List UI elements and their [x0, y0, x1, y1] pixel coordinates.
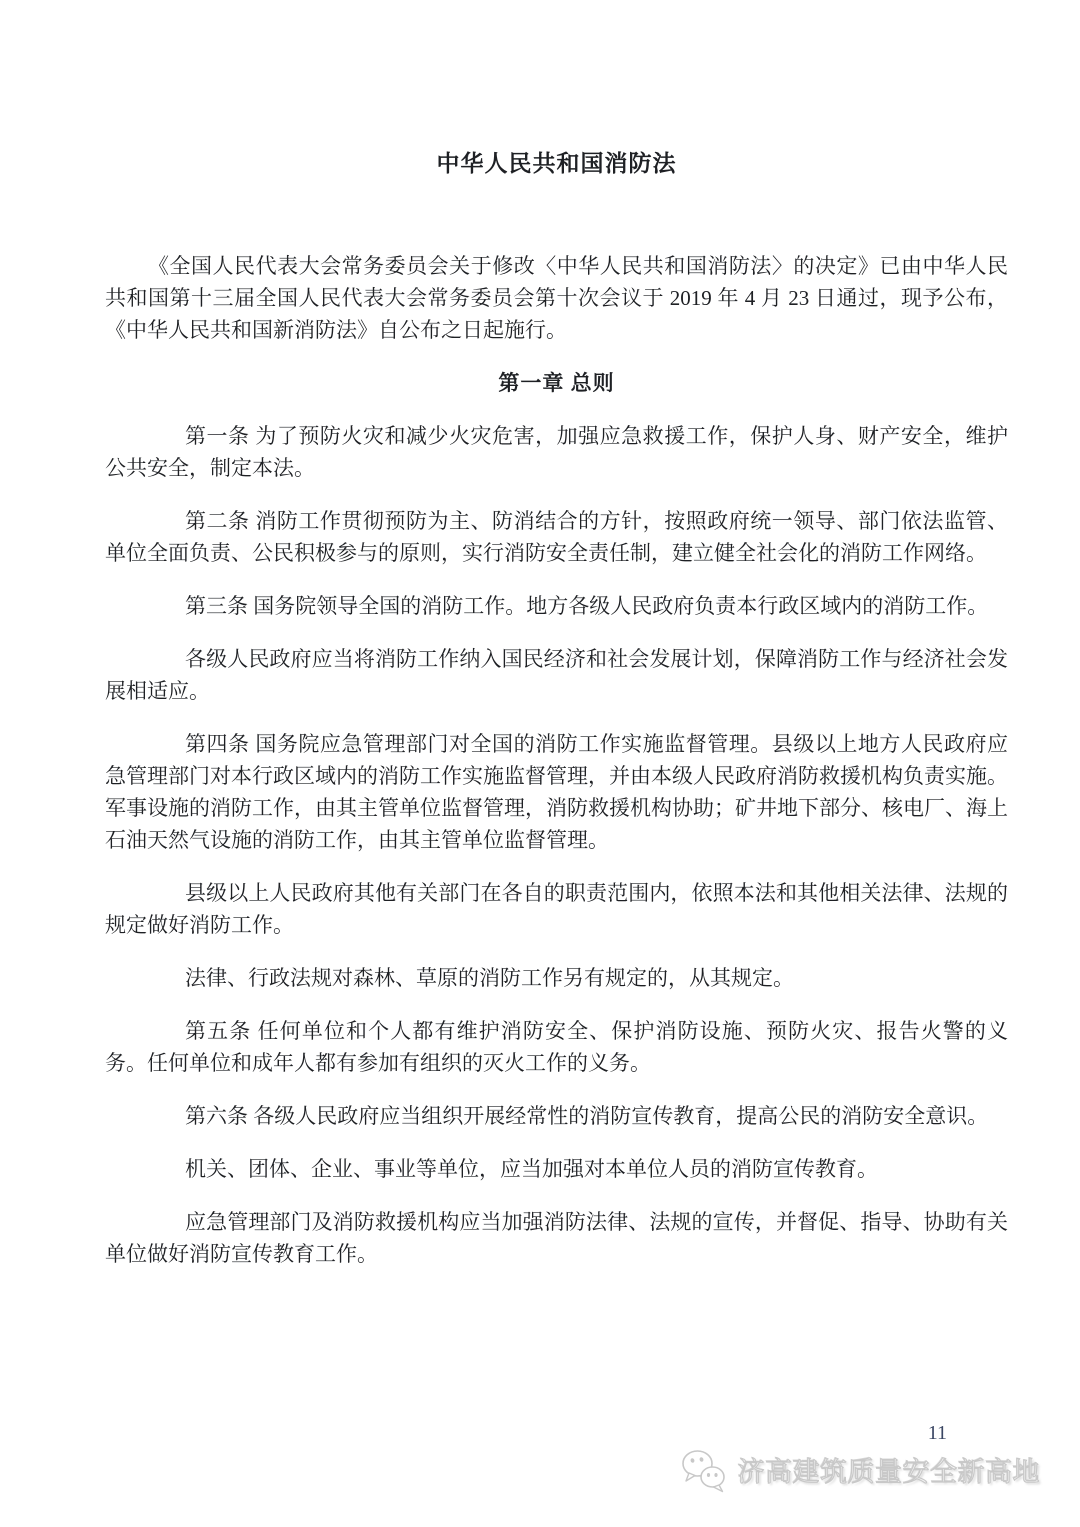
document-body: 《全国人民代表大会常务委员会关于修改〈中华人民共和国消防法〉的决定》已由中华人民…: [105, 250, 1008, 1270]
paragraph: 第三条 国务院领导全国的消防工作。地方各级人民政府负责本行政区域内的消防工作。: [105, 590, 1008, 622]
wechat-icon: [680, 1447, 728, 1497]
watermark-text: 济高建筑质量安全新高地: [738, 1447, 1041, 1497]
paragraph: 应急管理部门及消防救援机构应当加强消防法律、法规的宣传，并督促、指导、协助有关单…: [105, 1206, 1008, 1270]
paragraph: 第二条 消防工作贯彻预防为主、防消结合的方针，按照政府统一领导、部门依法监管、单…: [105, 505, 1008, 569]
paragraph: 《全国人民代表大会常务委员会关于修改〈中华人民共和国消防法〉的决定》已由中华人民…: [105, 250, 1008, 346]
watermark: 济高建筑质量安全新高地: [680, 1447, 1041, 1497]
paragraph: 第五条 任何单位和个人都有维护消防安全、保护消防设施、预防火灾、报告火警的义务。…: [105, 1015, 1008, 1079]
paragraph: 第一条 为了预防火灾和减少火灾危害，加强应急救援工作，保护人身、财产安全，维护公…: [105, 420, 1008, 484]
paragraph: 各级人民政府应当将消防工作纳入国民经济和社会发展计划，保障消防工作与经济社会发展…: [105, 643, 1008, 707]
paragraph: 第一章 总则: [105, 367, 1008, 399]
document-title: 中华人民共和国消防法: [105, 148, 1008, 180]
paragraph: 法律、行政法规对森林、草原的消防工作另有规定的，从其规定。: [105, 962, 1008, 994]
document-page: 中华人民共和国消防法 《全国人民代表大会常务委员会关于修改〈中华人民共和国消防法…: [0, 0, 1080, 1527]
page-number: 11: [928, 1420, 947, 1446]
paragraph: 机关、团体、企业、事业等单位，应当加强对本单位人员的消防宣传教育。: [105, 1153, 1008, 1185]
paragraph: 第四条 国务院应急管理部门对全国的消防工作实施监督管理。县级以上地方人民政府应急…: [105, 728, 1008, 856]
paragraph: 县级以上人民政府其他有关部门在各自的职责范围内，依照本法和其他相关法律、法规的规…: [105, 877, 1008, 941]
paragraph: 第六条 各级人民政府应当组织开展经常性的消防宣传教育，提高公民的消防安全意识。: [105, 1100, 1008, 1132]
